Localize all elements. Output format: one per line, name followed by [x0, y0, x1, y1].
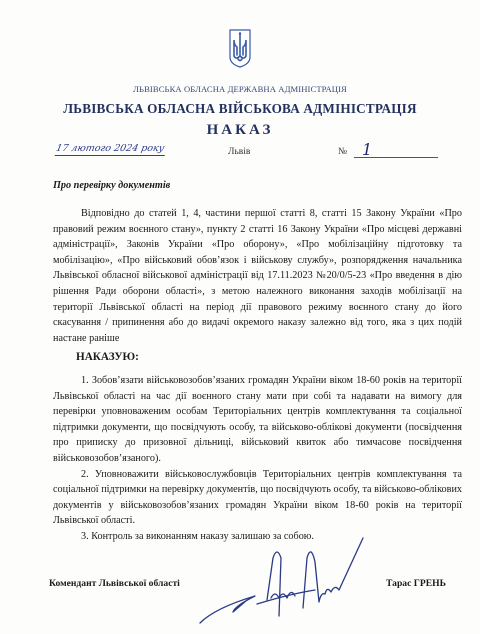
preamble: Відповідно до статей 1, 4, частини першо…	[53, 206, 462, 346]
document-page: ЛЬВІВСЬКА ОБЛАСНА ДЕРЖАВНА АДМІНІСТРАЦІЯ…	[0, 0, 480, 634]
org-title: ЛЬВІВСЬКА ОБЛАСНА ВІЙСЬКОВА АДМІНІСТРАЦІ…	[0, 101, 480, 117]
document-type: НАКАЗ	[0, 122, 480, 139]
handwritten-date: 17 лютого 2024 року	[55, 143, 168, 156]
preamble-text: Відповідно до статей 1, 4, частини першо…	[53, 206, 462, 346]
document-subject: Про перевірку документів	[53, 180, 170, 191]
order-item-2: 2. Уповноважити військовослужбовців Тери…	[53, 467, 462, 529]
order-item-1: 1. Зобов’язати військовозобов’язаних гро…	[53, 373, 462, 467]
city: Львів	[228, 147, 250, 157]
trident-coat-of-arms-icon	[229, 29, 251, 68]
number-label: №	[338, 147, 347, 157]
orders-heading: НАКАЗУЮ:	[76, 351, 139, 363]
order-number: 1	[362, 140, 372, 159]
order-items: 1. Зобов’язати військовозобов’язаних гро…	[53, 373, 462, 545]
signatory-name: Тарас ГРЕНЬ	[386, 578, 446, 589]
handwritten-signature-icon	[195, 528, 365, 628]
signatory-position: Комендант Львівської області	[49, 578, 180, 589]
org-subtitle: ЛЬВІВСЬКА ОБЛАСНА ДЕРЖАВНА АДМІНІСТРАЦІЯ	[0, 84, 480, 94]
